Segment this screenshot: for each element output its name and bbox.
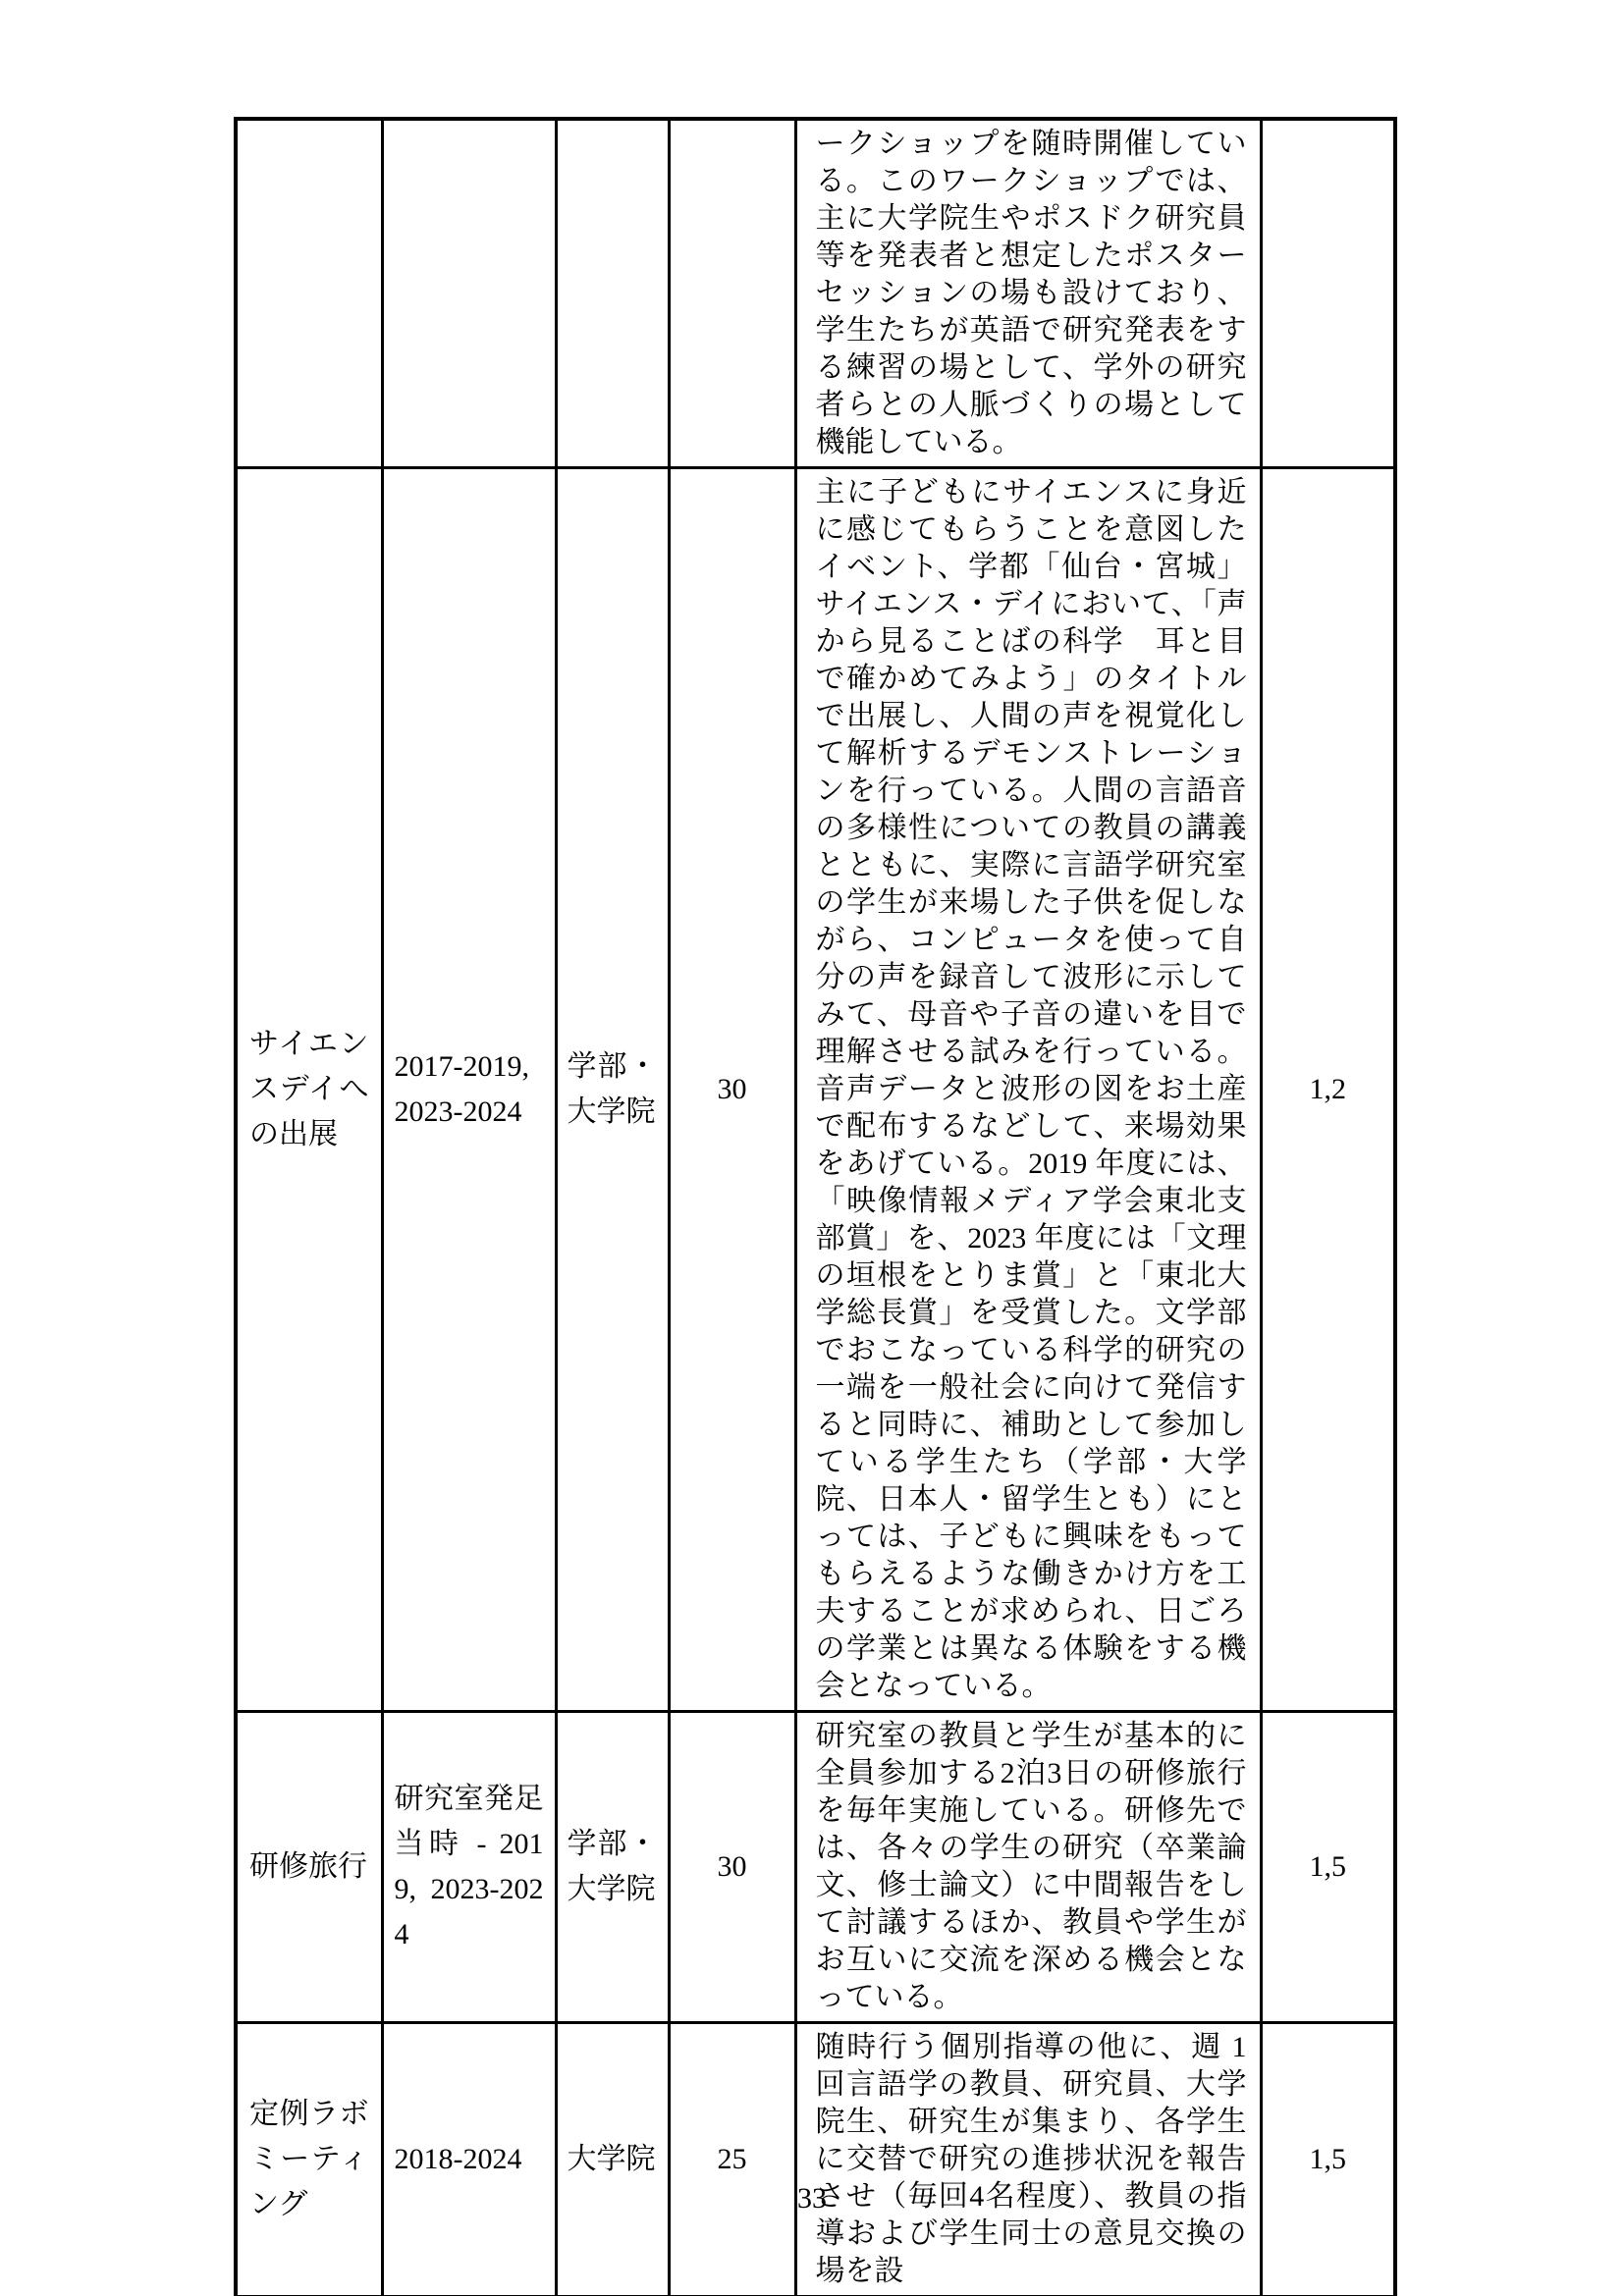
table-row: ークショップを随時開催している。このワークショップでは、主に大学院生やポスドク研…	[236, 119, 1395, 468]
activity-cell	[236, 119, 382, 468]
participants-cell	[669, 119, 795, 468]
audience-cell: 大学院	[556, 2023, 669, 2296]
activity-cell: サイエンスデイへの出展	[236, 468, 382, 1712]
period-cell: 2017-2019, 2023-2024	[382, 468, 556, 1712]
criteria-cell	[1261, 119, 1395, 468]
audience-cell: 学部・大学院	[556, 1712, 669, 2023]
criteria-cell: 1,2	[1261, 468, 1395, 1712]
description-cell: 主に子どもにサイエンスに身近に感じてもらうことを意図したイベント、学都「仙台・宮…	[795, 468, 1261, 1712]
page-number: 33	[0, 2181, 1624, 2216]
period-cell	[382, 119, 556, 468]
description-cell: ークショップを随時開催している。このワークショップでは、主に大学院生やポスドク研…	[795, 119, 1261, 468]
criteria-cell: 1,5	[1261, 2023, 1395, 2296]
audience-cell	[556, 119, 669, 468]
description-cell: 研究室の教員と学生が基本的に全員参加する2泊3日の研修旅行を毎年実施している。研…	[795, 1712, 1261, 2023]
criteria-cell: 1,5	[1261, 1712, 1395, 2023]
description-cell: 随時行う個別指導の他に、週 1 回言語学の教員、研究員、大学院生、研究生が集まり…	[795, 2023, 1261, 2296]
participants-cell: 30	[669, 468, 795, 1712]
participants-cell: 30	[669, 1712, 795, 2023]
period-cell: 2018-2024	[382, 2023, 556, 2296]
document-page: ークショップを随時開催している。このワークショップでは、主に大学院生やポスドク研…	[0, 0, 1624, 2296]
activity-cell: 研修旅行	[236, 1712, 382, 2023]
participants-cell: 25	[669, 2023, 795, 2296]
table-row: 研修旅行 研究室発足当時 - 2019, 2023-2024 学部・大学院 30…	[236, 1712, 1395, 2023]
table-row: サイエンスデイへの出展 2017-2019, 2023-2024 学部・大学院 …	[236, 468, 1395, 1712]
activity-table: ークショップを随時開催している。このワークショップでは、主に大学院生やポスドク研…	[234, 117, 1397, 2296]
audience-cell: 学部・大学院	[556, 468, 669, 1712]
activity-cell: 定例ラボミーティング	[236, 2023, 382, 2296]
table-row: 定例ラボミーティング 2018-2024 大学院 25 随時行う個別指導の他に、…	[236, 2023, 1395, 2296]
period-cell: 研究室発足当時 - 2019, 2023-2024	[382, 1712, 556, 2023]
